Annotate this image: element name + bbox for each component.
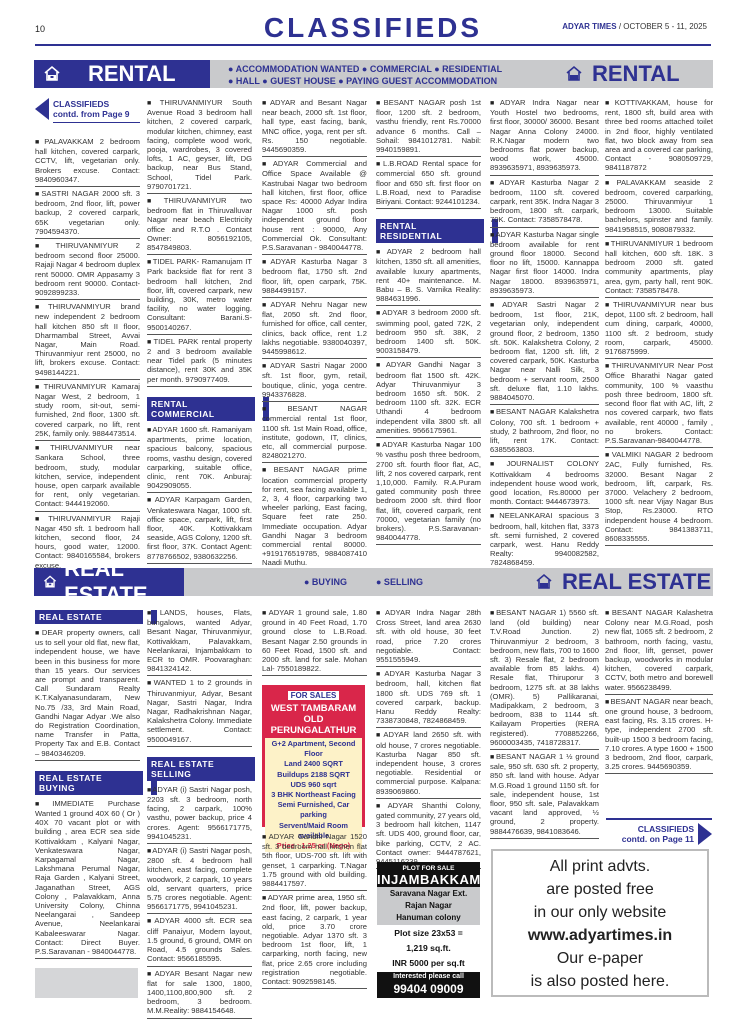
website-notice: All print advts. are posted free in our … bbox=[491, 849, 709, 997]
listing: JOURNALIST COLONY Kottivakkam 4 bedrooms… bbox=[490, 459, 599, 509]
listing: ADYAR Nehru Nagar new flat, 2050 sft. 2n… bbox=[262, 300, 367, 359]
listing: NEELANKARAI spacious 3 bedroom, hall, ki… bbox=[490, 511, 599, 570]
listing: ADYAR 3 bedroom 2000 sft. swimming pool,… bbox=[376, 308, 481, 358]
listing: BESANT NAGAR near beach, one ground hous… bbox=[605, 697, 713, 775]
rental-column-5: ADYAR Indra Nagar near Youth Hostel two … bbox=[490, 98, 599, 573]
rental-banner: RENTAL ● ACCOMMODATION WANTED ● COMMERCI… bbox=[34, 60, 713, 88]
section-heading-real-estate-selling: REAL ESTATE SELLING bbox=[147, 757, 255, 781]
listing: IMMEDIATE Purchase Wanted 1 ground 40X 6… bbox=[35, 799, 140, 959]
ad-tag: FOR SALES bbox=[288, 691, 340, 700]
listing: ADYAR Kasturba Nagar single bedroom avai… bbox=[490, 230, 599, 298]
section-heading-rental-commercial: RENTAL COMMERCIAL bbox=[147, 397, 255, 421]
section-heading-real-estate: REAL ESTATE bbox=[35, 610, 143, 624]
listing: ADYAR Commercial and Office Space Availa… bbox=[262, 159, 367, 255]
listing: ADYAR Sastri Nagar 2000 sft. 1st floor, … bbox=[262, 361, 367, 402]
masthead-rule bbox=[35, 44, 711, 46]
divider bbox=[53, 122, 140, 123]
realestate-column-6: BESANT NAGAR Kalashetra Colony near M.G.… bbox=[605, 608, 713, 776]
arrow-left-icon bbox=[35, 98, 49, 120]
page-title: CLASSIFIEDS bbox=[260, 12, 486, 44]
realestate-banner-right: REAL ESTATE bbox=[534, 568, 711, 596]
listing: SASTRI NAGAR 2000 sft. 3 bedroom, 2nd fl… bbox=[35, 189, 140, 239]
listing: THIRUVANMIYUR near Sankara School, three… bbox=[35, 443, 140, 511]
listing: ADYAR Gandhi Nagar 1520 sft. 3 bedroom h… bbox=[262, 832, 367, 891]
rental-banner-label: RENTAL bbox=[34, 60, 210, 88]
listing: ADYAR Kasturba Nagar 3 bedroom, hall, ki… bbox=[376, 669, 481, 728]
listing: BESANT NAGAR Kalashetra Colony near M.G.… bbox=[605, 608, 713, 695]
contd-on-page[interactable]: CLASSIFIEDS contd. on Page 11 bbox=[606, 818, 712, 845]
listing: ADYAR Kasturba Nagar 100 % vasthu posh t… bbox=[376, 440, 481, 545]
listing: VALMIKI NAGAR 2 bedroom 2AC, Fully furni… bbox=[605, 450, 713, 546]
listing: THIRUVANMIYUR Kamaraj Nagar West, 2 bedr… bbox=[35, 382, 140, 441]
listing: ADYAR Shanthi Colony, gated community, 2… bbox=[376, 801, 481, 869]
rental-column-6: KOTTIVAKKAM, house for rent, 1800 sft, b… bbox=[605, 98, 713, 548]
listing: ADYAR Karpagam Garden, Venkateswara Naga… bbox=[147, 495, 252, 563]
section-heading-real-estate-buying: REAL ESTATE BUYING bbox=[35, 771, 143, 795]
listing: LANDS, houses, Flats, bungalows, wanted … bbox=[147, 608, 252, 676]
listing: BESANT NAGAR commercial rental 1st floor… bbox=[262, 404, 367, 463]
listing: ADYAR Gandhi Nagar 3 bedroom flat 1500 s… bbox=[376, 360, 481, 438]
listing: ADYAR 2 bedroom hall kitchen, 1350 sft. … bbox=[376, 247, 481, 306]
realestate-column-4: ADYAR Indra Nagar 28th Cross Street, lan… bbox=[376, 608, 481, 871]
display-ad-injambakkam-plot: PLOT FOR SALE INJAMBAKKAM Saravana Nagar… bbox=[377, 862, 480, 998]
listing: BESANT NAGAR 1) 5560 sft. land (old buil… bbox=[490, 608, 599, 750]
realestate-column-2: LANDS, houses, Flats, bungalows, wanted … bbox=[147, 608, 252, 1021]
realestate-banner-label: REAL ESTATE bbox=[34, 568, 184, 596]
listing: BESANT NAGAR prime location commercial p… bbox=[262, 465, 367, 570]
listing: ADYAR Kasturba Nagar 3 bedroom flat, 175… bbox=[262, 257, 367, 298]
realestate-cat-selling: ● SELLING bbox=[376, 576, 423, 588]
publication-name: ADYAR TIMES bbox=[562, 22, 616, 31]
masthead: CLASSIFIEDS bbox=[35, 12, 711, 50]
listing: BESANT NAGAR posh 1st floor, 1200 sft. 2… bbox=[376, 98, 481, 157]
listing: BESANT NAGAR Kalakshetra Colony, 700 sft… bbox=[490, 407, 599, 457]
rental-column-4: BESANT NAGAR posh 1st floor, 1200 sft. 2… bbox=[376, 98, 481, 547]
realestate-column-5: BESANT NAGAR 1) 5560 sft. land (old buil… bbox=[490, 608, 599, 841]
listing: WANTED 1 to 2 grounds in Thiruvanmiyur, … bbox=[147, 678, 252, 746]
realestate-column-3-lower: ADYAR Gandhi Nagar 1520 sft. 3 bedroom h… bbox=[262, 832, 367, 991]
ad-plot-size: Plot size 23x53 = 1,219 sq.ft. INR 5000 … bbox=[377, 925, 480, 972]
house-icon bbox=[534, 572, 554, 592]
listing: ADYAR Indra Nagar near Youth Hostel two … bbox=[490, 98, 599, 176]
rental-banner-right: RENTAL bbox=[564, 60, 680, 88]
blank-ad-space bbox=[35, 968, 138, 998]
realestate-column-1: REAL ESTATE DEAR property owners, call u… bbox=[35, 608, 140, 961]
rental-categories: ● ACCOMMODATION WANTED ● COMMERCIAL ● RE… bbox=[228, 63, 502, 87]
listing: THIRUVANMIYUR South Avenue Road 3 bedroo… bbox=[147, 98, 252, 194]
realestate-banner: REAL ESTATE ● BUYING ● SELLING REAL ESTA… bbox=[34, 568, 713, 596]
listing: ADYAR prime area, 1950 sft. 2nd floor, l… bbox=[262, 893, 367, 989]
listing: KOTTIVAKKAM, house for rent, 1800 sft, b… bbox=[605, 98, 713, 176]
listing: TIDEL PARK- Ramanujam IT Park backside f… bbox=[147, 257, 252, 335]
house-icon bbox=[42, 572, 58, 592]
listing: PALAVAKKAM seaside 2 bedroom, covered ca… bbox=[605, 178, 713, 237]
house-icon bbox=[564, 64, 584, 84]
listing: PALAVAKKAM 2 bedroom hall kitchen, cover… bbox=[35, 137, 140, 187]
display-ad-west-tambaram: FOR SALES WEST TAMBARAM OLD PERUNGALATHU… bbox=[262, 685, 365, 827]
listing: BESANT NAGAR 1 ½ ground sale, 950 sft. 6… bbox=[490, 752, 599, 839]
listing: ADYAR (i) Sastri Nagar posh, 2203 sft. 3… bbox=[147, 785, 252, 844]
section-heading-rental-residential: RENTAL RESIDENTIAL bbox=[376, 219, 484, 243]
listing: ADYAR Indra Nagar 28th Cross Street, lan… bbox=[376, 608, 481, 667]
listing: THIRUVANMIYUR Near Post Office Bharathi … bbox=[605, 361, 713, 448]
rental-column-1: CLASSIFIEDS contd. from Page 9 PALAVAKKA… bbox=[35, 98, 140, 575]
rental-column-2: THIRUVANMIYUR South Avenue Road 3 bedroo… bbox=[147, 98, 252, 566]
listing: THIRUVANMIYUR 2 bedroom second floor 250… bbox=[35, 241, 140, 300]
listing: THIRUVANMIYUR near bus depot, 1100 sft. … bbox=[605, 300, 713, 359]
listing: DEAR property owners, call us to sell yo… bbox=[35, 628, 140, 761]
ad-phone: 99404 09009 bbox=[377, 982, 480, 996]
issue-info: ADYAR TIMES / OCTOBER 5 - 11, 2025 bbox=[562, 22, 707, 31]
listing: ADYAR Sastri Nagar 2 bedroom, 1st floor,… bbox=[490, 300, 599, 405]
listing: ADYAR and Besant Nagar near beach, 2000 … bbox=[262, 98, 367, 157]
listing: TIDEL PARK rental property 2 and 3 bedro… bbox=[147, 337, 252, 387]
listing: ADYAR 1600 sft. Ramaniyam apartments, pr… bbox=[147, 425, 252, 493]
listing: ADYAR 1 ground sale, 1.80 ground in 40 F… bbox=[262, 608, 367, 676]
listing: ADYAR Kasturba Nagar 2 bedroom, 1100 sft… bbox=[490, 178, 599, 228]
realestate-cat-buying: ● BUYING bbox=[304, 576, 347, 588]
issue-date: / OCTOBER 5 - 11, 2025 bbox=[619, 22, 707, 31]
house-icon bbox=[42, 64, 62, 84]
arrow-right-icon bbox=[698, 823, 712, 845]
listing: THIRUVANMIYUR brand new independent 2 be… bbox=[35, 302, 140, 380]
listing: ADYAR land 2650 sft. with old house, 7 c… bbox=[376, 730, 481, 798]
listing: ADYAR Besant Nagar new flat for sale 130… bbox=[147, 969, 252, 1019]
listing: THIRUVANMIYUR 1 bedroom hall kitchen, 60… bbox=[605, 239, 713, 298]
realestate-column-3: ADYAR 1 ground sale, 1.80 ground in 40 F… bbox=[262, 608, 367, 678]
listing: ADYAR (i) Sastri Nagar posh, 2800 sft. 4… bbox=[147, 846, 252, 914]
website-url[interactable]: www.adyartimes.in bbox=[493, 924, 707, 947]
contd-from-page[interactable]: CLASSIFIEDS contd. from Page 9 bbox=[35, 98, 140, 120]
listing: L.B.ROAD Rental space for commercial 650… bbox=[376, 159, 481, 209]
ad-areas: Saravana Nagar Ext. Rajan Nagar Hanuman … bbox=[377, 887, 480, 925]
listing: ADYAR 4000 sft. ECR sea cliff Panaiyur, … bbox=[147, 916, 252, 966]
rental-column-3: ADYAR and Besant Nagar near beach, 2000 … bbox=[262, 98, 367, 573]
classifieds-page: 10 CLASSIFIEDS ADYAR TIMES / OCTOBER 5 -… bbox=[0, 0, 741, 1024]
listing: THIRUVANMIYUR two bedroom flat in Thiruv… bbox=[147, 196, 252, 255]
